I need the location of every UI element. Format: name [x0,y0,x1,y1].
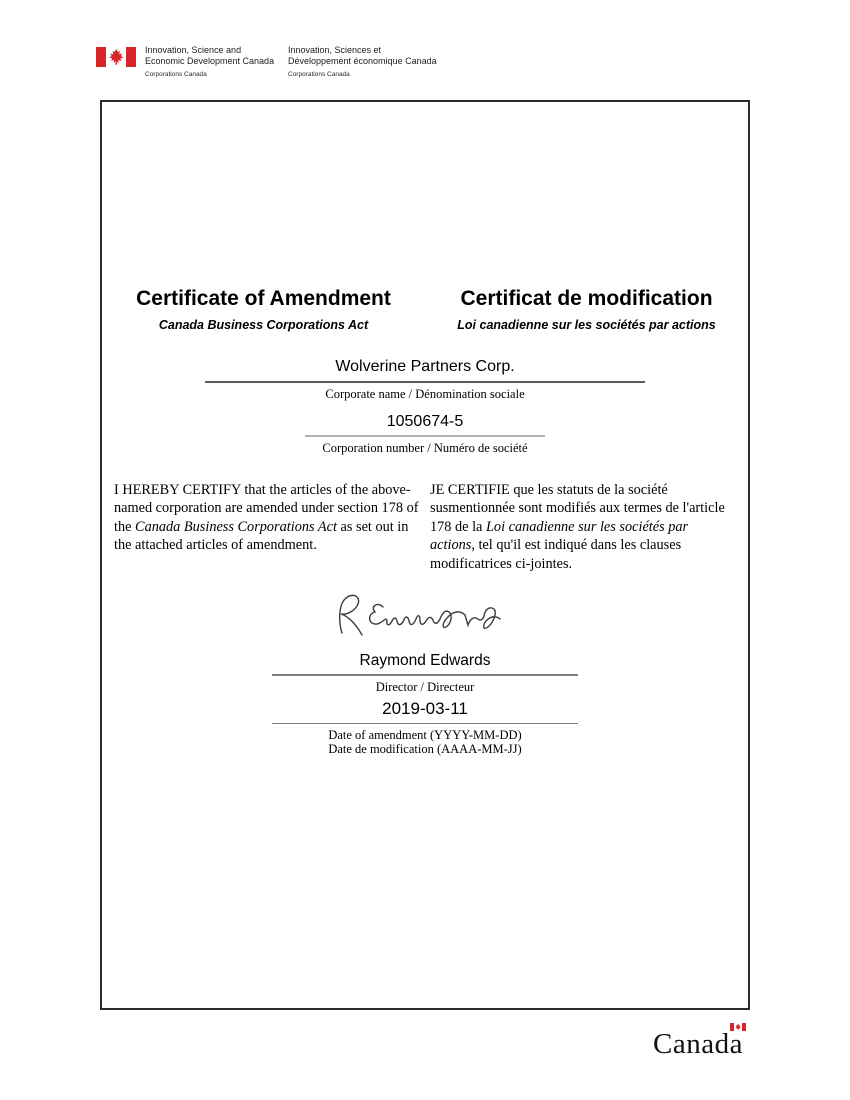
department-line: Innovation, Sciences et [288,45,448,56]
amendment-date-value: 2019-03-11 [102,699,748,719]
corporate-name-value: Wolverine Partners Corp. [102,357,748,377]
wordmark-text: Canad [653,1028,730,1060]
signature-area: Raymond Edwards Director / Directeur 201… [102,591,748,756]
signer-name: Raymond Edwards [102,651,748,670]
certificate-frame: Certificate of Amendment Certificat de m… [100,100,750,1010]
wordmark-flag-icon [730,1023,746,1031]
act-name-english: Canada Business Corporations Act [102,318,425,333]
certificate-title-french: Certificat de modification [425,286,748,312]
signer-name-underline [272,674,578,676]
department-line: Développement économique Canada [288,56,448,67]
department-line: Economic Development Canada [145,56,285,67]
signature-image [328,591,503,641]
department-name-english: Innovation, Science and Economic Develop… [145,45,285,79]
amendment-date-underline [272,723,578,725]
agency-name: Corporations Canada [145,71,285,79]
corporation-number-label: Corporation number / Numéro de société [102,441,748,455]
wordmark-last-letter: a [730,1028,743,1060]
corporate-name-underline [205,381,645,383]
certify-paragraph-french: JE CERTIFIE que les statuts de la sociét… [430,481,736,574]
department-line: Innovation, Science and [145,45,285,56]
date-label-french: Date de modification (AAAA-MM-JJ) [102,742,748,756]
government-header: Innovation, Science and Economic Develop… [0,0,850,100]
canada-wordmark: Canada [653,1028,743,1060]
date-label-english: Date of amendment (YYYY-MM-DD) [102,728,748,742]
amendment-date-labels: Date of amendment (YYYY-MM-DD) Date de m… [102,728,748,756]
corporate-name-label: Corporate name / Dénomination sociale [102,387,748,401]
agency-name: Corporations Canada [288,71,448,79]
canada-flag-icon [96,47,136,67]
certificate-title-english: Certificate of Amendment [102,286,425,312]
certificate-page: { "colors": { "flag_red": "#d8252a", "in… [0,0,850,1100]
corporation-number-underline [305,435,545,437]
certify-paragraph-english: I HEREBY CERTIFY that the articles of th… [114,481,420,574]
corporation-number-value: 1050674-5 [102,412,748,431]
signer-title-label: Director / Directeur [102,680,748,694]
department-name-french: Innovation, Sciences et Développement éc… [288,45,448,79]
act-name-french: Loi canadienne sur les sociétés par acti… [425,318,748,333]
